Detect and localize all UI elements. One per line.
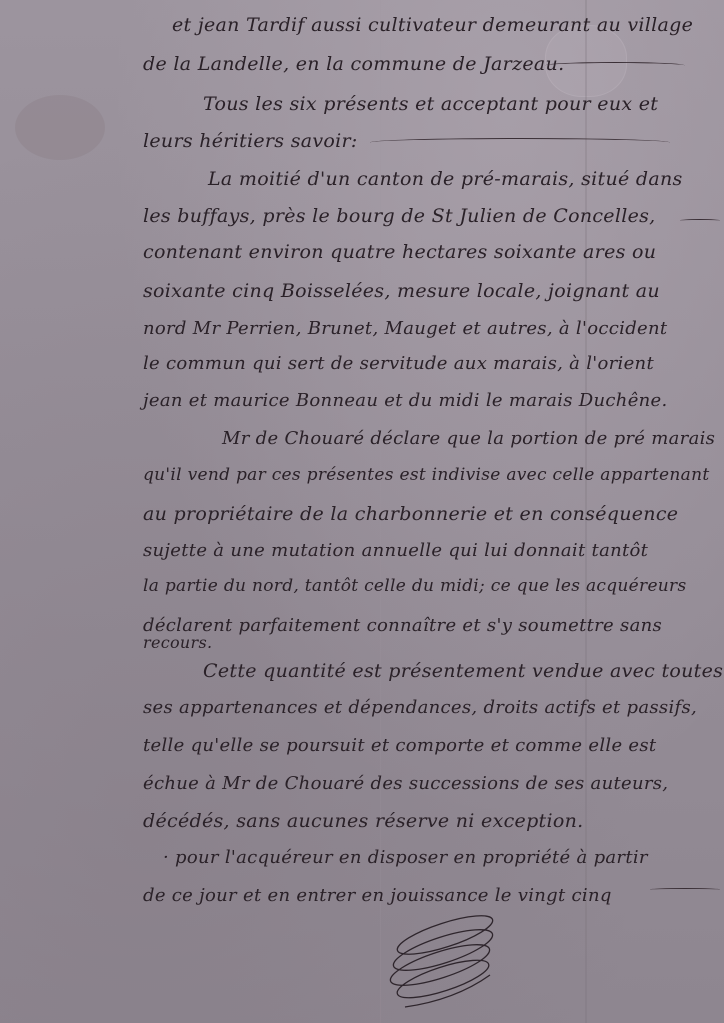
text-line: Tous les six présents et acceptant pour … <box>203 93 658 115</box>
text-line: ses appartenances et dépendances, droits… <box>143 697 697 718</box>
line-filler-flourish <box>545 62 685 69</box>
text-line: de la Landelle, en la commune de Jarzeau… <box>143 53 564 75</box>
text-line: et jean Tardif aussi cultivateur demeura… <box>172 14 693 36</box>
text-line: recours. <box>143 633 212 652</box>
line-filler-flourish <box>370 138 670 147</box>
signature-flourish-icon <box>385 905 505 1015</box>
document-page: et jean Tardif aussi cultivateur demeura… <box>0 0 724 1023</box>
text-line: au propriétaire de la charbonnerie et en… <box>143 503 678 525</box>
text-line: Cette quantité est présentement vendue a… <box>203 660 723 682</box>
text-line: la partie du nord, tantôt celle du midi;… <box>143 576 687 596</box>
text-line: le commun qui sert de servitude aux mara… <box>143 353 654 374</box>
text-line: soixante cinq Boisselées, mesure locale,… <box>143 280 660 302</box>
text-line: les buffays, près le bourg de St Julien … <box>143 205 656 227</box>
text-line: échue à Mr de Chouaré des successions de… <box>143 773 668 794</box>
text-line: décédés, sans aucunes réserve ni excepti… <box>143 810 583 832</box>
text-line: La moitié d'un canton de pré-marais, sit… <box>208 168 683 190</box>
text-line: déclarent parfaitement connaître et s'y … <box>143 615 662 636</box>
text-line: contenant environ quatre hectares soixan… <box>143 241 656 263</box>
text-line: jean et maurice Bonneau et du midi le ma… <box>143 390 668 411</box>
line-filler-flourish <box>680 219 720 222</box>
text-line: qu'il vend par ces présentes est indivis… <box>143 465 709 485</box>
text-line: sujette à une mutation annuelle qui lui … <box>143 540 648 561</box>
text-line: nord Mr Perrien, Brunet, Mauget et autre… <box>143 318 667 339</box>
text-line: leurs héritiers savoir: <box>143 130 358 152</box>
line-filler-flourish <box>650 888 720 891</box>
text-line: telle qu'elle se poursuit et comporte et… <box>143 735 656 756</box>
text-line: · pour l'acquéreur en disposer en propri… <box>163 847 648 868</box>
paper-stain <box>15 95 105 160</box>
text-line: Mr de Chouaré déclare que la portion de … <box>222 428 715 449</box>
text-line: de ce jour et en entrer en jouissance le… <box>143 885 612 906</box>
